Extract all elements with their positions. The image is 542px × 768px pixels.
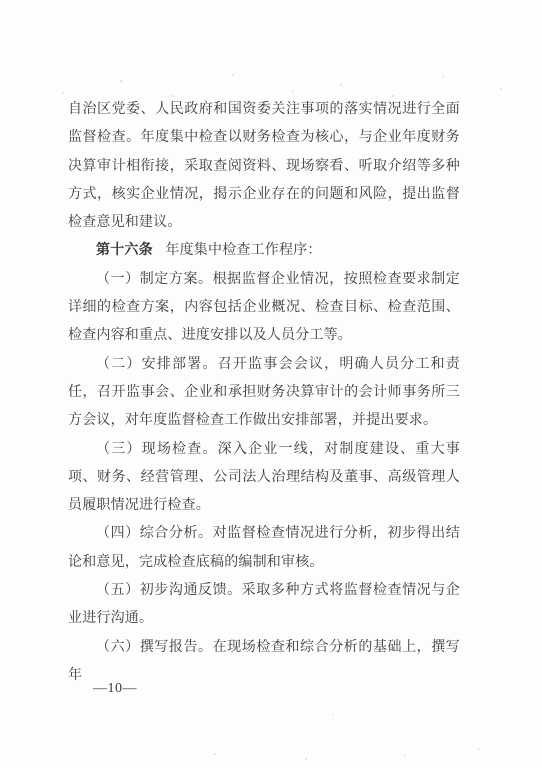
paragraph: （五）初步沟通反馈。采取多种方式将监督检查情况与企业进行沟通。 bbox=[68, 577, 460, 634]
paragraph: 第十六条年度集中检查工作程序： bbox=[68, 237, 460, 265]
paragraph: （三）现场检查。深入企业一线，对制度建设、重大事项、财务、经营管理、公司法人治理… bbox=[68, 436, 460, 521]
article-number-lead: 第十六条 bbox=[96, 243, 153, 258]
paragraph: （四）综合分析。对监督检查情况进行分析，初步得出结论和意见，完成检查底稿的编制和… bbox=[68, 520, 460, 577]
scan-noise-speckles bbox=[0, 0, 2, 2]
scanned-document-page: 自治区党委、人民政府和国资委关注事项的落实情况进行全面监督检查。年度集中检查以财… bbox=[0, 0, 542, 768]
paragraph: 自治区党委、人民政府和国资委关注事项的落实情况进行全面监督检查。年度集中检查以财… bbox=[68, 96, 460, 237]
paragraph: （一）制定方案。根据监督企业情况，按照检查要求制定详细的检查方案，内容包括企业概… bbox=[68, 266, 460, 351]
document-body: 自治区党委、人民政府和国资委关注事项的落实情况进行全面监督检查。年度集中检查以财… bbox=[68, 96, 460, 690]
page-number: —10— bbox=[93, 681, 137, 697]
paragraph: （二）安排部署。召开监事会会议，明确人员分工和责任，召开监事会、企业和承担财务决… bbox=[68, 351, 460, 436]
